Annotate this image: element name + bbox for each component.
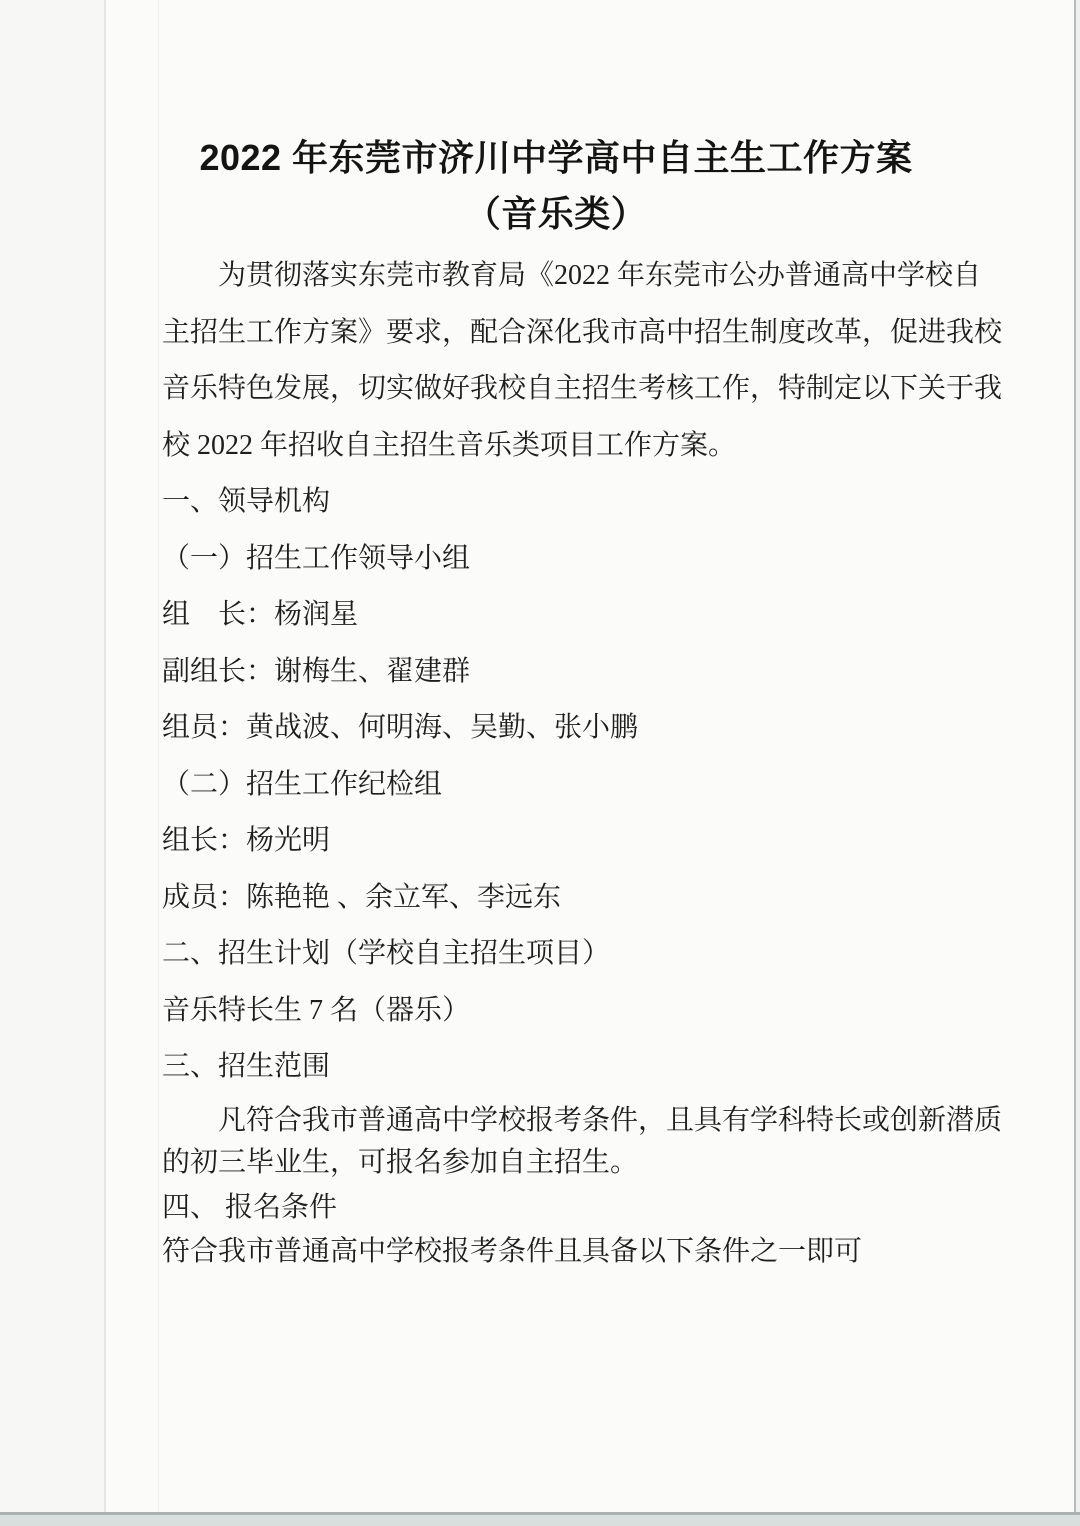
document-body: 为贯彻落实东莞市教育局《2022 年东莞市公办普通高中学校自 主招生工作方案》要… — [162, 248, 950, 1096]
subsection-heading-1-2: （二）招生工作纪检组 — [162, 757, 950, 814]
intro-paragraph-line: 主招生工作方案》要求，配合深化我市高中招生制度改革，促进我校 — [162, 305, 950, 362]
intro-paragraph-line: 校 2022 年招收自主招生音乐类项目工作方案。 — [162, 418, 950, 475]
enrollment-quota-line: 音乐特长生 7 名（器乐） — [162, 983, 950, 1040]
document-content: 2022 年东莞市济川中学高中自主生工作方案 （音乐类） 为贯彻落实东莞市教育局… — [162, 130, 950, 1273]
document-title-line1: 2022 年东莞市济川中学高中自主生工作方案 — [162, 130, 950, 186]
scan-bottom-band — [0, 1515, 1080, 1526]
scan-right-edge-line — [1074, 0, 1076, 1516]
document-page: 2022 年东莞市济川中学高中自主生工作方案 （音乐类） 为贯彻落实东莞市教育局… — [0, 0, 1080, 1526]
leader-line: 组 长：杨润星 — [162, 587, 950, 644]
intro-paragraph-line: 为贯彻落实东莞市教育局《2022 年东莞市公办普通高中学校自 — [162, 248, 950, 305]
discipline-leader-line: 组长：杨光明 — [162, 813, 950, 870]
section-heading-1: 一、领导机构 — [162, 474, 950, 531]
scope-paragraph-line: 的初三毕业生，可报名参加自主招生。 — [162, 1142, 950, 1184]
application-conditions-line: 符合我市普通高中学校报考条件且具备以下条件之一即可 — [162, 1231, 950, 1273]
scan-left-margin-strip — [0, 0, 104, 1516]
section-heading-3: 三、招生范围 — [162, 1039, 950, 1096]
scan-right-gutter — [1076, 0, 1080, 1516]
group-members-line: 组员：黄战波、何明海、吴勤、张小鹏 — [162, 700, 950, 757]
scope-paragraph-line: 凡符合我市普通高中学校报考条件，且具有学科特长或创新潜质 — [162, 1100, 950, 1142]
page-fold-line-left — [104, 0, 106, 1516]
subsection-heading-1-1: （一）招生工作领导小组 — [162, 531, 950, 588]
intro-paragraph-line: 音乐特色发展，切实做好我校自主招生考核工作，特制定以下关于我 — [162, 361, 950, 418]
document-title: 2022 年东莞市济川中学高中自主生工作方案 （音乐类） — [162, 130, 950, 242]
page-fold-line-inner — [158, 0, 159, 1516]
document-title-line2: （音乐类） — [162, 186, 950, 242]
section-heading-2: 二、招生计划（学校自主招生项目） — [162, 926, 950, 983]
deputy-leader-line: 副组长：谢梅生、翟建群 — [162, 644, 950, 701]
section-heading-4: 四、 报名条件 — [162, 1187, 950, 1229]
document-tail: 凡符合我市普通高中学校报考条件，且具有学科特长或创新潜质 的初三毕业生，可报名参… — [162, 1100, 950, 1273]
discipline-members-line: 成员：陈艳艳 、余立军、李远东 — [162, 870, 950, 927]
